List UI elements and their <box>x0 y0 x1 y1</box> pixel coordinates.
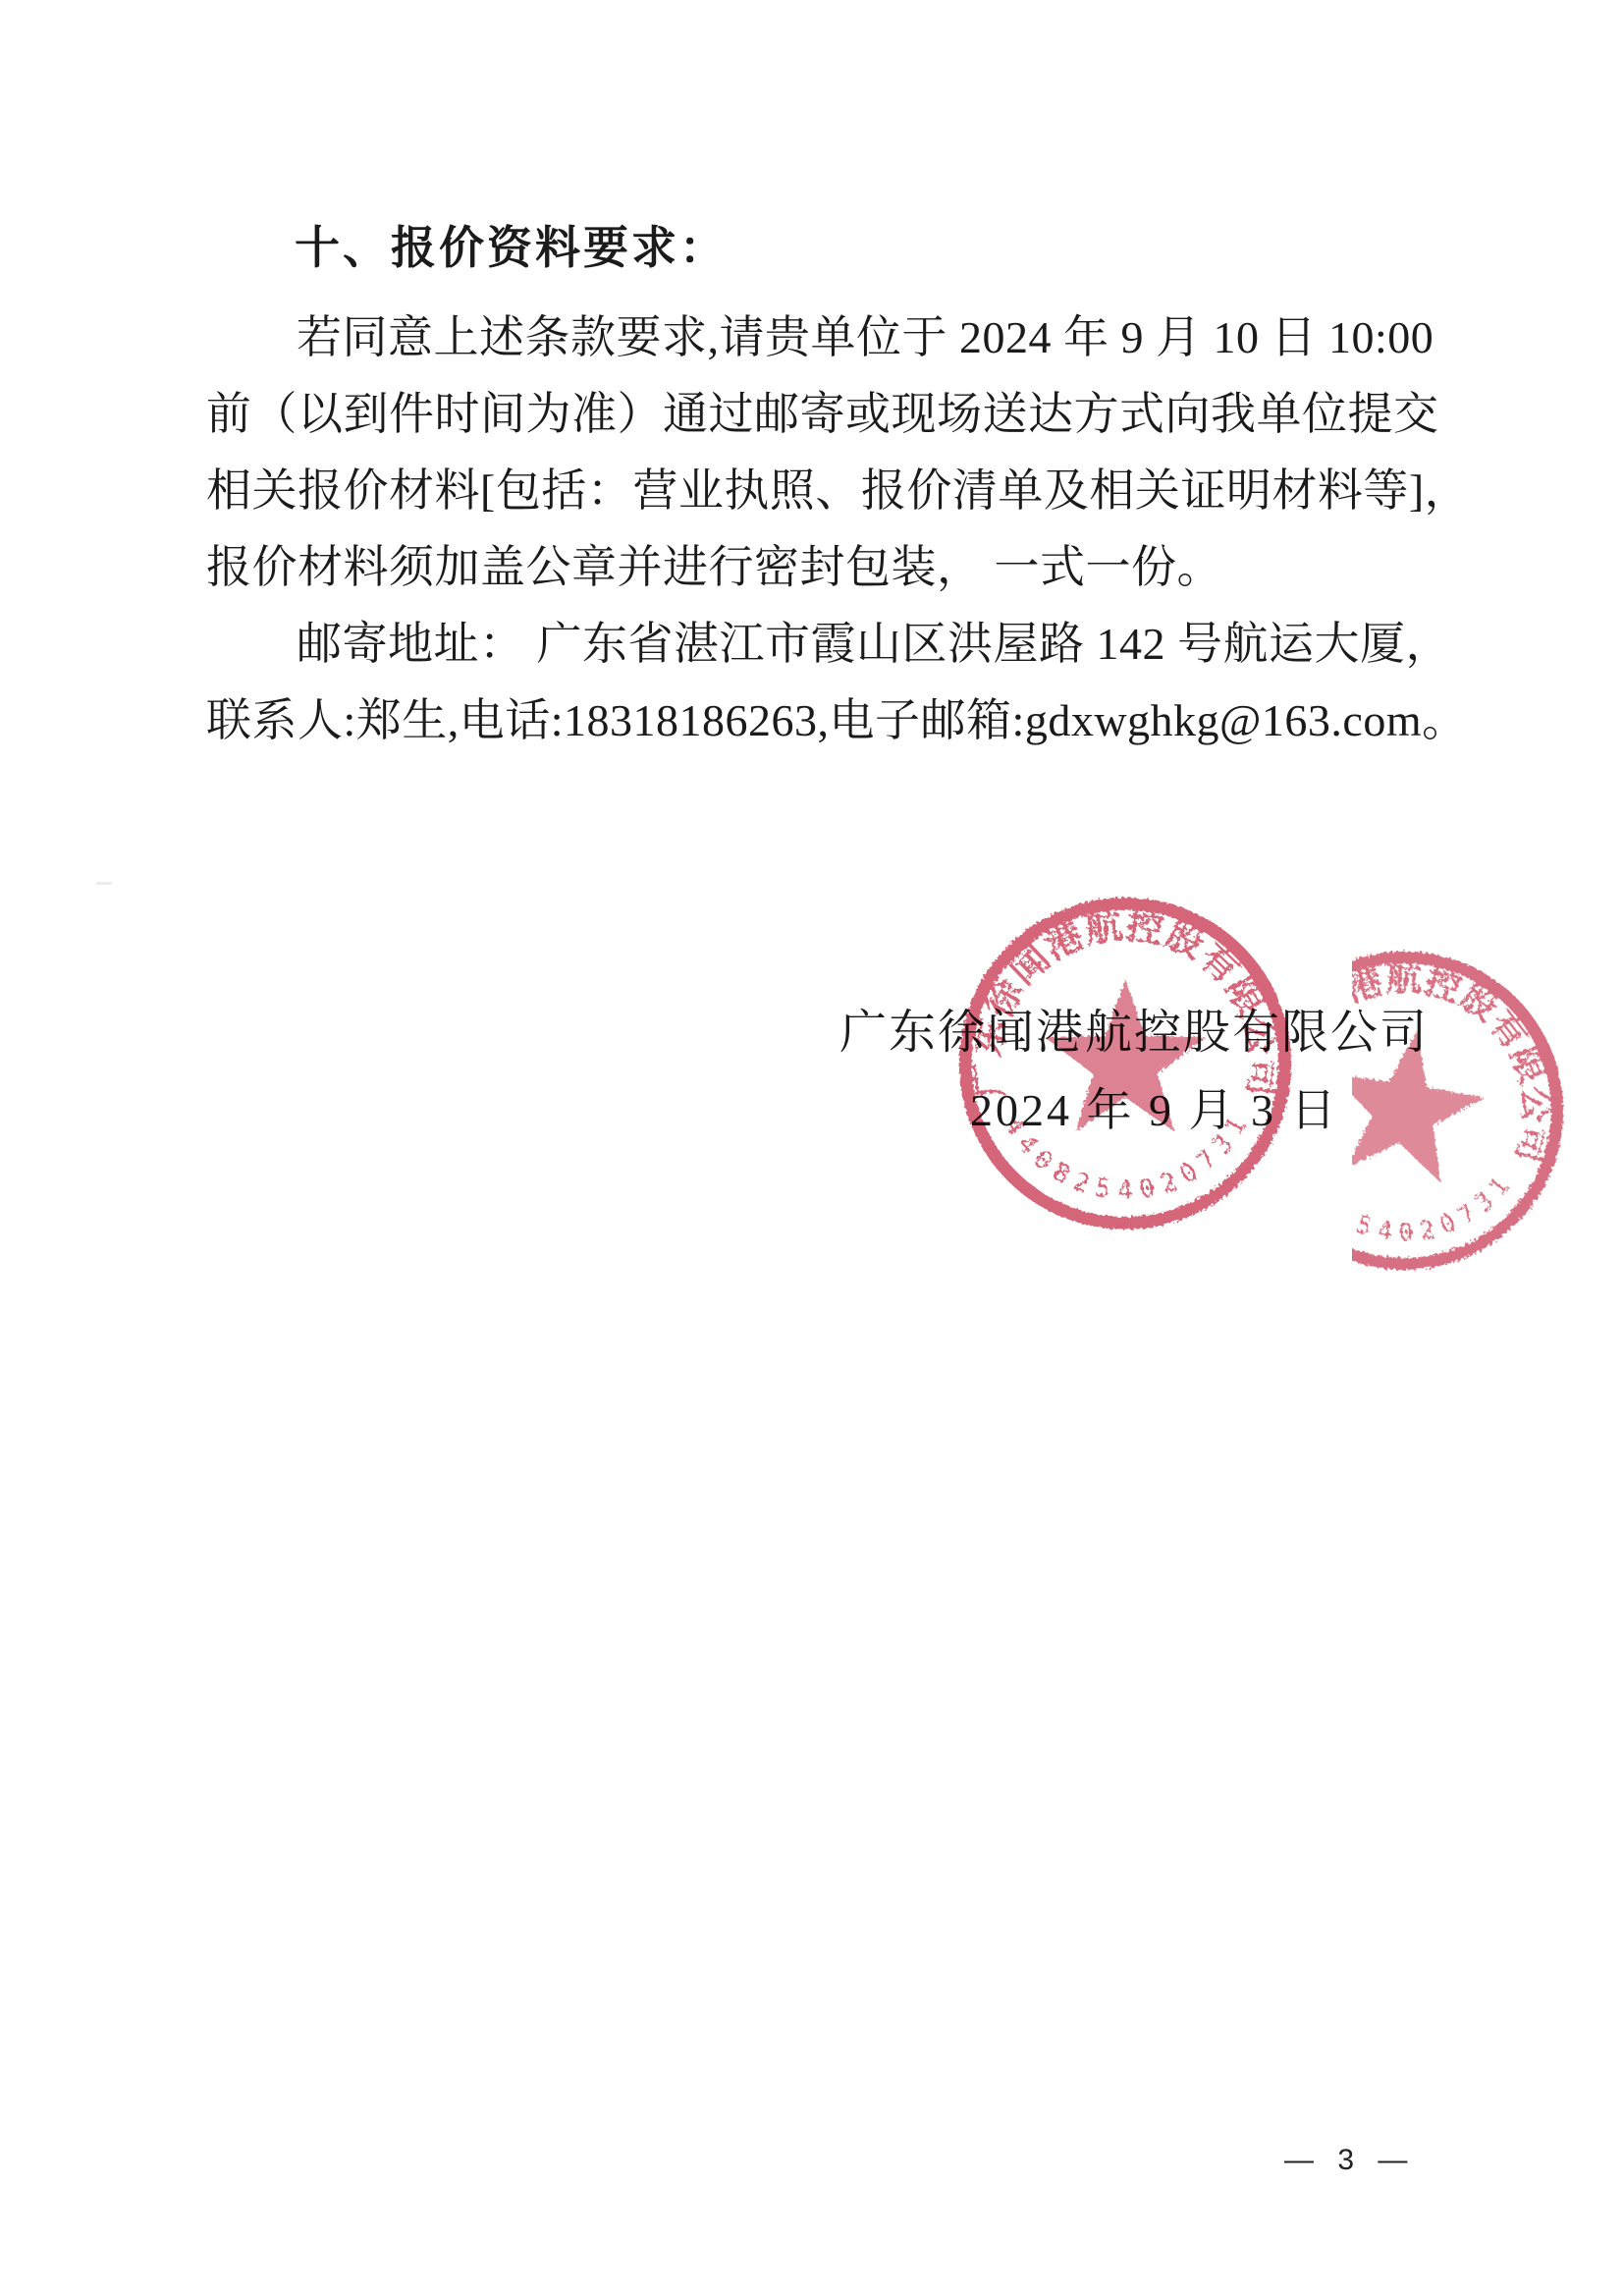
seal-ring-text: 广东徐闻港航控股有限公司 <box>967 905 1284 1100</box>
paragraph-line-6: 联系人:郑生,电话:18318186263,电子邮箱:gdxwghkg@163.… <box>206 690 1434 751</box>
paragraph-line-2: 前（以到件时间为准）通过邮寄或现场送达方式向我单位提交 <box>206 384 1434 445</box>
section-heading: 十、报价资料要求： <box>295 222 728 273</box>
document-page: 十、报价资料要求： 若同意上述条款要求,请贵单位于 2024 年 9 月 10 … <box>0 0 1623 2296</box>
seal-code-text: 4408254020731 <box>1263 1131 1521 1265</box>
paragraph-line-3: 相关报价材料[包括：营业执照、报价清单及相关证明材料等]， <box>206 461 1434 521</box>
company-seal-stamp-icon: 广东徐闻港航控股有限公司 4408254020731 <box>956 895 1294 1232</box>
paragraph-line-5: 邮寄地址： 广东省湛江市霞山区洪屋路 142 号航运大厦， <box>206 614 1524 675</box>
paragraph-line-1: 若同意上述条款要求,请贵单位于 2024 年 9 月 10 日 10:00 <box>206 307 1524 368</box>
page-number: — 3 — <box>1284 2143 1415 2178</box>
signature-company-name: 广东徐闻港航控股有限公司 <box>839 1006 1429 1061</box>
scan-artifact <box>96 882 112 885</box>
seal-ring <box>965 903 1284 1223</box>
signature-date: 2024 年 9 月 3 日 <box>970 1084 1339 1137</box>
paragraph-line-4: 报价材料须加盖公章并进行密封包装， 一式一份。 <box>206 537 1434 598</box>
